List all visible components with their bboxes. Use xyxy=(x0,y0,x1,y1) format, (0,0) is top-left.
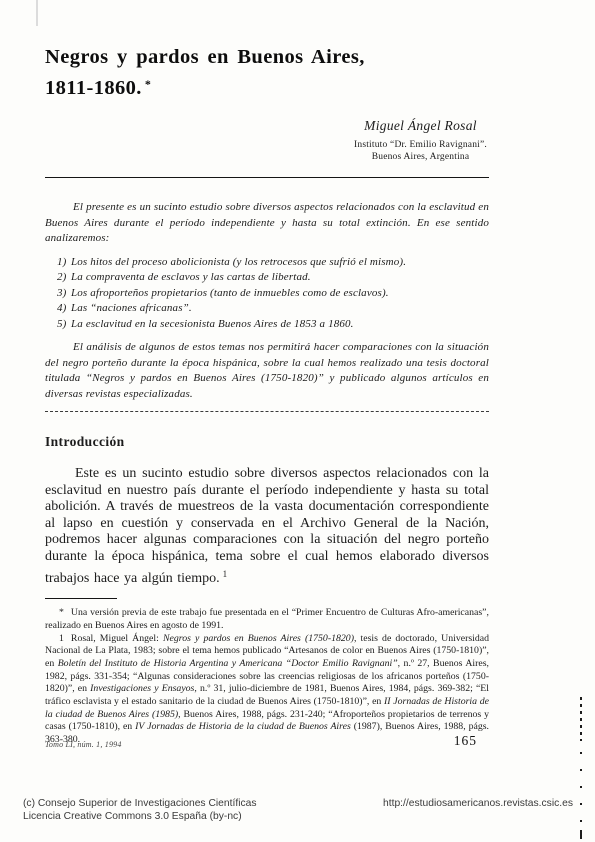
abstract-paragraph-2: El análisis de algunos de estos temas no… xyxy=(45,340,489,402)
list-item: 5) La esclavitud en la secesionista Buen… xyxy=(45,317,489,333)
abstract: El presente es un sucinto estudio sobre … xyxy=(45,200,489,402)
page-title: Negros y pardos en Buenos Aires, 1811-18… xyxy=(45,44,489,102)
abstract-bottom-rule xyxy=(45,411,489,412)
footnote-reference: 1 xyxy=(223,569,228,579)
text-column: Negros y pardos en Buenos Aires, 1811-18… xyxy=(45,0,489,747)
list-item-number: 1) xyxy=(45,255,71,271)
list-item-number: 5) xyxy=(45,317,71,333)
author-affiliation-city: Buenos Aires, Argentina xyxy=(354,151,487,163)
list-item-number: 2) xyxy=(45,270,71,286)
section-heading: Introducción xyxy=(45,434,489,450)
footnote-1: 1Rosal, Miguel Ángel: Negros y pardos en… xyxy=(45,633,489,747)
list-item: 2) La compraventa de esclavos y las cart… xyxy=(45,270,489,286)
footnote-marker: * xyxy=(59,607,64,618)
list-item: 1) Los hitos del proceso abolicionista (… xyxy=(45,255,489,271)
footnote-star: *Una versión previa de este trabajo fue … xyxy=(45,607,489,632)
author-affiliation: Instituto “Dr. Emilio Ravignani”. Buenos… xyxy=(354,139,487,163)
author-affiliation-institute: Instituto “Dr. Emilio Ravignani”. xyxy=(354,139,487,151)
list-item: 4) Las “naciones africanas”. xyxy=(45,301,489,317)
author-name: Miguel Ángel Rosal xyxy=(354,118,487,134)
title-line-2: 1811-1860.* xyxy=(45,71,489,102)
list-item-text: Los hitos del proceso abolicionista (y l… xyxy=(71,255,489,271)
title-footnote-marker: * xyxy=(145,77,151,91)
copyright-line-2: Licencia Creative Commons 3.0 España (by… xyxy=(23,810,257,823)
digital-footer: (c) Consejo Superior de Investigaciones … xyxy=(23,797,573,823)
scan-dotted-line-artifact xyxy=(580,830,582,839)
title-line-1: Negros y pardos en Buenos Aires, xyxy=(45,44,489,71)
page-number: 165 xyxy=(454,733,477,749)
scan-edge-artifact xyxy=(36,0,38,26)
footnote-text: Una versión previa de este trabajo fue p… xyxy=(45,607,489,631)
intro-paragraph: Este es un sucinto estudio sobre diverso… xyxy=(45,466,489,587)
footnotes: *Una versión previa de este trabajo fue … xyxy=(45,607,489,747)
list-item-text: Los afroporteños propietarios (tanto de … xyxy=(71,286,489,302)
scan-dotted-line-artifact xyxy=(580,697,582,741)
list-item-number: 4) xyxy=(45,301,71,317)
scanned-paper-page: Negros y pardos en Buenos Aires, 1811-18… xyxy=(0,0,595,842)
list-item-text: La compraventa de esclavos y las cartas … xyxy=(71,270,489,286)
footnote-marker: 1 xyxy=(59,633,64,644)
author-block: Miguel Ángel Rosal Instituto “Dr. Emilio… xyxy=(45,118,489,164)
list-item-number: 3) xyxy=(45,286,71,302)
copyright-lines: (c) Consejo Superior de Investigaciones … xyxy=(23,797,257,823)
list-item-text: Las “naciones africanas”. xyxy=(71,301,489,317)
scan-dotted-line-artifact xyxy=(580,752,582,826)
footnote-separator-rule xyxy=(45,598,117,599)
journal-volume-info: Tomo LI, núm. 1, 1994 xyxy=(45,740,122,749)
copyright-line-1: (c) Consejo Superior de Investigaciones … xyxy=(23,797,257,810)
journal-url[interactable]: http://estudiosamericanos.revistas.csic.… xyxy=(383,797,573,810)
abstract-topic-list: 1) Los hitos del proceso abolicionista (… xyxy=(45,255,489,333)
header-rule xyxy=(45,177,489,178)
footnote-text: Rosal, Miguel Ángel: Negros y pardos en … xyxy=(45,633,489,746)
list-item-text: La esclavitud en la secesionista Buenos … xyxy=(71,317,489,333)
list-item: 3) Los afroporteños propietarios (tanto … xyxy=(45,286,489,302)
abstract-paragraph-1: El presente es un sucinto estudio sobre … xyxy=(45,200,489,247)
